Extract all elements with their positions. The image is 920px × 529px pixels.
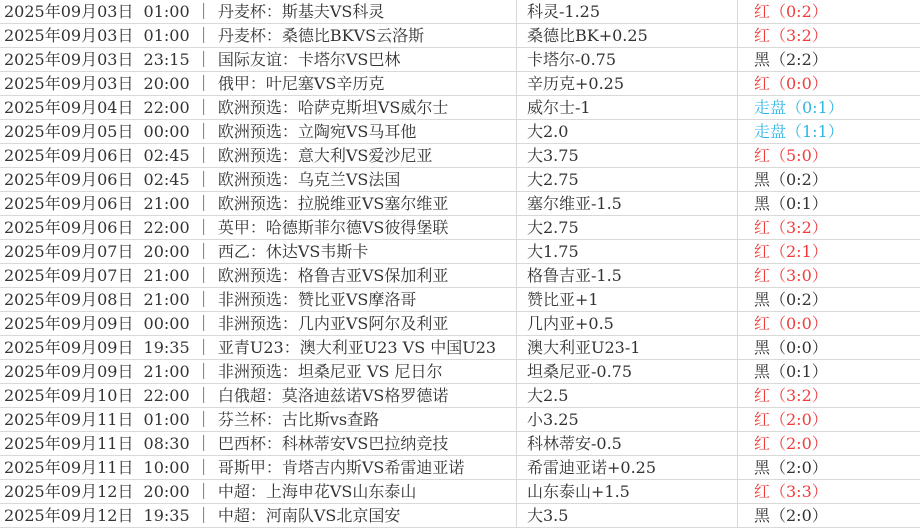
match-cell: 2025年09月06日 21:00 ｜ 欧洲预选：拉脱维亚VS塞尔维亚: [0, 192, 517, 215]
handicap-cell: 大2.0: [517, 120, 738, 143]
match-cell: 2025年09月09日 19:35 ｜ 亚青U23：澳大利亚U23 VS 中国U…: [0, 336, 517, 359]
match-cell: 2025年09月04日 22:00 ｜ 欧洲预选：哈萨克斯坦VS威尔士: [0, 96, 517, 119]
match-date: 2025年09月07日: [4, 266, 133, 285]
match-name: 欧洲预选：格鲁吉亚VS保加利亚: [218, 266, 449, 285]
result-cell: 红（2:1）: [738, 240, 920, 263]
result-cell: 红（3:2）: [738, 24, 920, 47]
match-time: 19:35: [144, 338, 190, 357]
pipe-separator-icon: ｜: [196, 74, 212, 93]
pipe-separator-icon: ｜: [196, 386, 212, 405]
table-row: 2025年09月09日 00:00 ｜ 非洲预选：几内亚VS阿尔及利亚 几内亚+…: [0, 312, 920, 336]
pipe-separator-icon: ｜: [196, 506, 212, 525]
match-name: 欧洲预选：哈萨克斯坦VS威尔士: [218, 98, 449, 117]
pipe-separator-icon: ｜: [196, 362, 212, 381]
handicap-cell: 大3.75: [517, 144, 738, 167]
result-cell: 黑（0:1）: [738, 360, 920, 383]
handicap-cell: 威尔士-1: [517, 96, 738, 119]
pipe-separator-icon: ｜: [196, 170, 212, 189]
match-cell: 2025年09月08日 21:00 ｜ 非洲预选：赞比亚VS摩洛哥: [0, 288, 517, 311]
handicap-cell: 赞比亚+1: [517, 288, 738, 311]
match-cell: 2025年09月09日 00:00 ｜ 非洲预选：几内亚VS阿尔及利亚: [0, 312, 517, 335]
match-name: 欧洲预选：意大利VS爱沙尼亚: [218, 146, 433, 165]
result-cell: 红（0:2）: [738, 0, 920, 23]
match-time: 20:00: [144, 242, 190, 261]
match-name: 丹麦杯：斯基夫VS科灵: [218, 2, 385, 21]
handicap-cell: 大2.5: [517, 384, 738, 407]
match-time: 21:00: [144, 194, 190, 213]
table-row: 2025年09月03日 01:00 ｜ 丹麦杯：斯基夫VS科灵 科灵-1.25 …: [0, 0, 920, 24]
table-row: 2025年09月10日 22:00 ｜ 白俄超：莫洛迪兹诺VS格罗德诺 大2.5…: [0, 384, 920, 408]
pipe-separator-icon: ｜: [196, 2, 212, 21]
table-row: 2025年09月06日 02:45 ｜ 欧洲预选：意大利VS爱沙尼亚 大3.75…: [0, 144, 920, 168]
match-time: 20:00: [144, 74, 190, 93]
handicap-cell: 希雷迪亚诺+0.25: [517, 456, 738, 479]
match-date: 2025年09月04日: [4, 98, 133, 117]
pipe-separator-icon: ｜: [196, 482, 212, 501]
match-cell: 2025年09月12日 19:35 ｜ 中超：河南队VS北京国安: [0, 504, 517, 527]
handicap-cell: 大3.5: [517, 504, 738, 527]
match-name: 英甲：哈德斯菲尔德VS彼得堡联: [218, 218, 449, 237]
result-cell: 黑（2:2）: [738, 48, 920, 71]
result-cell: 红（2:0）: [738, 408, 920, 431]
match-cell: 2025年09月11日 10:00 ｜ 哥斯甲：肯塔吉内斯VS希雷迪亚诺: [0, 456, 517, 479]
match-cell: 2025年09月03日 01:00 ｜ 丹麦杯：桑德比BKVS云洛斯: [0, 24, 517, 47]
match-date: 2025年09月09日: [4, 314, 133, 333]
match-cell: 2025年09月07日 20:00 ｜ 西乙：休达VS韦斯卡: [0, 240, 517, 263]
handicap-cell: 卡塔尔-0.75: [517, 48, 738, 71]
match-date: 2025年09月05日: [4, 122, 133, 141]
pipe-separator-icon: ｜: [196, 338, 212, 357]
match-time: 21:00: [144, 266, 190, 285]
match-date: 2025年09月11日: [4, 434, 133, 453]
table-row: 2025年09月06日 21:00 ｜ 欧洲预选：拉脱维亚VS塞尔维亚 塞尔维亚…: [0, 192, 920, 216]
match-date: 2025年09月11日: [4, 410, 133, 429]
match-cell: 2025年09月09日 21:00 ｜ 非洲预选：坦桑尼亚 VS 尼日尔: [0, 360, 517, 383]
match-name: 西乙：休达VS韦斯卡: [218, 242, 369, 261]
pipe-separator-icon: ｜: [196, 122, 212, 141]
table-row: 2025年09月11日 01:00 ｜ 芬兰杯：古比斯vs查路 小3.25 红（…: [0, 408, 920, 432]
table-row: 2025年09月06日 02:45 ｜ 欧洲预选：乌克兰VS法国 大2.75 黑…: [0, 168, 920, 192]
match-date: 2025年09月06日: [4, 194, 133, 213]
result-cell: 黑（0:2）: [738, 288, 920, 311]
handicap-cell: 桑德比BK+0.25: [517, 24, 738, 47]
result-cell: 红（3:2）: [738, 216, 920, 239]
result-cell: 走盘（1:1）: [738, 120, 920, 143]
pipe-separator-icon: ｜: [196, 314, 212, 333]
match-date: 2025年09月12日: [4, 482, 133, 501]
match-time: 20:00: [144, 482, 190, 501]
match-date: 2025年09月12日: [4, 506, 133, 525]
match-cell: 2025年09月03日 20:00 ｜ 俄甲：叶尼塞VS辛历克: [0, 72, 517, 95]
betting-records-table: 2025年09月03日 01:00 ｜ 丹麦杯：斯基夫VS科灵 科灵-1.25 …: [0, 0, 920, 529]
match-time: 01:00: [144, 410, 190, 429]
result-cell: 黑（2:0）: [738, 504, 920, 527]
table-row: 2025年09月11日 08:30 ｜ 巴西杯：科林蒂安VS巴拉纳竞技 科林蒂安…: [0, 432, 920, 456]
pipe-separator-icon: ｜: [196, 458, 212, 477]
result-cell: 红（3:0）: [738, 264, 920, 287]
pipe-separator-icon: ｜: [196, 146, 212, 165]
match-cell: 2025年09月12日 20:00 ｜ 中超：上海申花VS山东泰山: [0, 480, 517, 503]
result-cell: 红（5:0）: [738, 144, 920, 167]
match-time: 01:00: [144, 26, 190, 45]
match-cell: 2025年09月03日 01:00 ｜ 丹麦杯：斯基夫VS科灵: [0, 0, 517, 23]
match-name: 非洲预选：坦桑尼亚 VS 尼日尔: [218, 362, 443, 381]
match-cell: 2025年09月03日 23:15 ｜ 国际友谊：卡塔尔VS巴林: [0, 48, 517, 71]
match-time: 01:00: [144, 2, 190, 21]
table-row: 2025年09月05日 00:00 ｜ 欧洲预选：立陶宛VS马耳他 大2.0 走…: [0, 120, 920, 144]
result-cell: 红（2:0）: [738, 432, 920, 455]
match-date: 2025年09月03日: [4, 74, 133, 93]
match-date: 2025年09月03日: [4, 2, 133, 21]
match-time: 00:00: [144, 314, 190, 333]
handicap-cell: 格鲁吉亚-1.5: [517, 264, 738, 287]
table-row: 2025年09月07日 21:00 ｜ 欧洲预选：格鲁吉亚VS保加利亚 格鲁吉亚…: [0, 264, 920, 288]
match-name: 白俄超：莫洛迪兹诺VS格罗德诺: [218, 386, 449, 405]
table-row: 2025年09月03日 23:15 ｜ 国际友谊：卡塔尔VS巴林 卡塔尔-0.7…: [0, 48, 920, 72]
match-date: 2025年09月09日: [4, 338, 133, 357]
match-date: 2025年09月06日: [4, 146, 133, 165]
match-name: 中超：河南队VS北京国安: [218, 506, 401, 525]
match-name: 丹麦杯：桑德比BKVS云洛斯: [218, 26, 424, 45]
handicap-cell: 辛历克+0.25: [517, 72, 738, 95]
match-time: 19:35: [144, 506, 190, 525]
match-time: 02:45: [144, 146, 190, 165]
result-cell: 黑（0:0）: [738, 336, 920, 359]
match-name: 欧洲预选：乌克兰VS法国: [218, 170, 401, 189]
match-date: 2025年09月11日: [4, 458, 133, 477]
handicap-cell: 塞尔维亚-1.5: [517, 192, 738, 215]
result-cell: 红（3:3）: [738, 480, 920, 503]
pipe-separator-icon: ｜: [196, 98, 212, 117]
table-row: 2025年09月12日 20:00 ｜ 中超：上海申花VS山东泰山 山东泰山+1…: [0, 480, 920, 504]
match-date: 2025年09月06日: [4, 170, 133, 189]
match-cell: 2025年09月11日 01:00 ｜ 芬兰杯：古比斯vs查路: [0, 408, 517, 431]
result-cell: 红（3:2）: [738, 384, 920, 407]
pipe-separator-icon: ｜: [196, 218, 212, 237]
table-row: 2025年09月11日 10:00 ｜ 哥斯甲：肯塔吉内斯VS希雷迪亚诺 希雷迪…: [0, 456, 920, 480]
pipe-separator-icon: ｜: [196, 290, 212, 309]
handicap-cell: 小3.25: [517, 408, 738, 431]
table-row: 2025年09月07日 20:00 ｜ 西乙：休达VS韦斯卡 大1.75 红（2…: [0, 240, 920, 264]
match-name: 欧洲预选：拉脱维亚VS塞尔维亚: [218, 194, 449, 213]
match-cell: 2025年09月06日 02:45 ｜ 欧洲预选：意大利VS爱沙尼亚: [0, 144, 517, 167]
table-row: 2025年09月06日 22:00 ｜ 英甲：哈德斯菲尔德VS彼得堡联 大2.7…: [0, 216, 920, 240]
match-name: 非洲预选：几内亚VS阿尔及利亚: [218, 314, 449, 333]
handicap-cell: 科灵-1.25: [517, 0, 738, 23]
handicap-cell: 大2.75: [517, 216, 738, 239]
table-row: 2025年09月09日 21:00 ｜ 非洲预选：坦桑尼亚 VS 尼日尔 坦桑尼…: [0, 360, 920, 384]
handicap-cell: 大1.75: [517, 240, 738, 263]
match-cell: 2025年09月06日 22:00 ｜ 英甲：哈德斯菲尔德VS彼得堡联: [0, 216, 517, 239]
match-date: 2025年09月03日: [4, 50, 133, 69]
match-time: 10:00: [144, 458, 190, 477]
match-name: 非洲预选：赞比亚VS摩洛哥: [218, 290, 417, 309]
match-cell: 2025年09月10日 22:00 ｜ 白俄超：莫洛迪兹诺VS格罗德诺: [0, 384, 517, 407]
match-time: 22:00: [144, 386, 190, 405]
match-date: 2025年09月03日: [4, 26, 133, 45]
table-row: 2025年09月09日 19:35 ｜ 亚青U23：澳大利亚U23 VS 中国U…: [0, 336, 920, 360]
pipe-separator-icon: ｜: [196, 266, 212, 285]
match-date: 2025年09月09日: [4, 362, 133, 381]
match-name: 哥斯甲：肯塔吉内斯VS希雷迪亚诺: [218, 458, 465, 477]
match-name: 中超：上海申花VS山东泰山: [218, 482, 417, 501]
match-time: 22:00: [144, 98, 190, 117]
match-time: 23:15: [144, 50, 190, 69]
pipe-separator-icon: ｜: [196, 194, 212, 213]
table-row: 2025年09月03日 01:00 ｜ 丹麦杯：桑德比BKVS云洛斯 桑德比BK…: [0, 24, 920, 48]
match-cell: 2025年09月05日 00:00 ｜ 欧洲预选：立陶宛VS马耳他: [0, 120, 517, 143]
match-time: 00:00: [144, 122, 190, 141]
match-name: 巴西杯：科林蒂安VS巴拉纳竞技: [218, 434, 449, 453]
match-cell: 2025年09月06日 02:45 ｜ 欧洲预选：乌克兰VS法国: [0, 168, 517, 191]
table-row: 2025年09月03日 20:00 ｜ 俄甲：叶尼塞VS辛历克 辛历克+0.25…: [0, 72, 920, 96]
match-time: 22:00: [144, 218, 190, 237]
match-date: 2025年09月08日: [4, 290, 133, 309]
match-cell: 2025年09月11日 08:30 ｜ 巴西杯：科林蒂安VS巴拉纳竞技: [0, 432, 517, 455]
result-cell: 黑（2:0）: [738, 456, 920, 479]
table-row: 2025年09月12日 19:35 ｜ 中超：河南队VS北京国安 大3.5 黑（…: [0, 504, 920, 528]
match-cell: 2025年09月07日 21:00 ｜ 欧洲预选：格鲁吉亚VS保加利亚: [0, 264, 517, 287]
match-date: 2025年09月07日: [4, 242, 133, 261]
match-name: 亚青U23：澳大利亚U23 VS 中国U23: [218, 338, 496, 357]
pipe-separator-icon: ｜: [196, 410, 212, 429]
handicap-cell: 几内亚+0.5: [517, 312, 738, 335]
result-cell: 黑（0:1）: [738, 192, 920, 215]
match-name: 俄甲：叶尼塞VS辛历克: [218, 74, 385, 93]
pipe-separator-icon: ｜: [196, 434, 212, 453]
match-date: 2025年09月06日: [4, 218, 133, 237]
pipe-separator-icon: ｜: [196, 242, 212, 261]
match-name: 国际友谊：卡塔尔VS巴林: [218, 50, 401, 69]
match-name: 芬兰杯：古比斯vs查路: [218, 410, 379, 429]
handicap-cell: 大2.75: [517, 168, 738, 191]
result-cell: 黑（0:2）: [738, 168, 920, 191]
match-time: 21:00: [144, 290, 190, 309]
result-cell: 走盘（0:1）: [738, 96, 920, 119]
handicap-cell: 山东泰山+1.5: [517, 480, 738, 503]
match-date: 2025年09月10日: [4, 386, 133, 405]
match-time: 08:30: [144, 434, 190, 453]
match-time: 02:45: [144, 170, 190, 189]
table-row: 2025年09月08日 21:00 ｜ 非洲预选：赞比亚VS摩洛哥 赞比亚+1 …: [0, 288, 920, 312]
result-cell: 红（0:0）: [738, 312, 920, 335]
result-cell: 红（0:0）: [738, 72, 920, 95]
handicap-cell: 坦桑尼亚-0.75: [517, 360, 738, 383]
pipe-separator-icon: ｜: [196, 26, 212, 45]
match-name: 欧洲预选：立陶宛VS马耳他: [218, 122, 417, 141]
match-time: 21:00: [144, 362, 190, 381]
table-row: 2025年09月04日 22:00 ｜ 欧洲预选：哈萨克斯坦VS威尔士 威尔士-…: [0, 96, 920, 120]
pipe-separator-icon: ｜: [196, 50, 212, 69]
handicap-cell: 科林蒂安-0.5: [517, 432, 738, 455]
handicap-cell: 澳大利亚U23-1: [517, 336, 738, 359]
